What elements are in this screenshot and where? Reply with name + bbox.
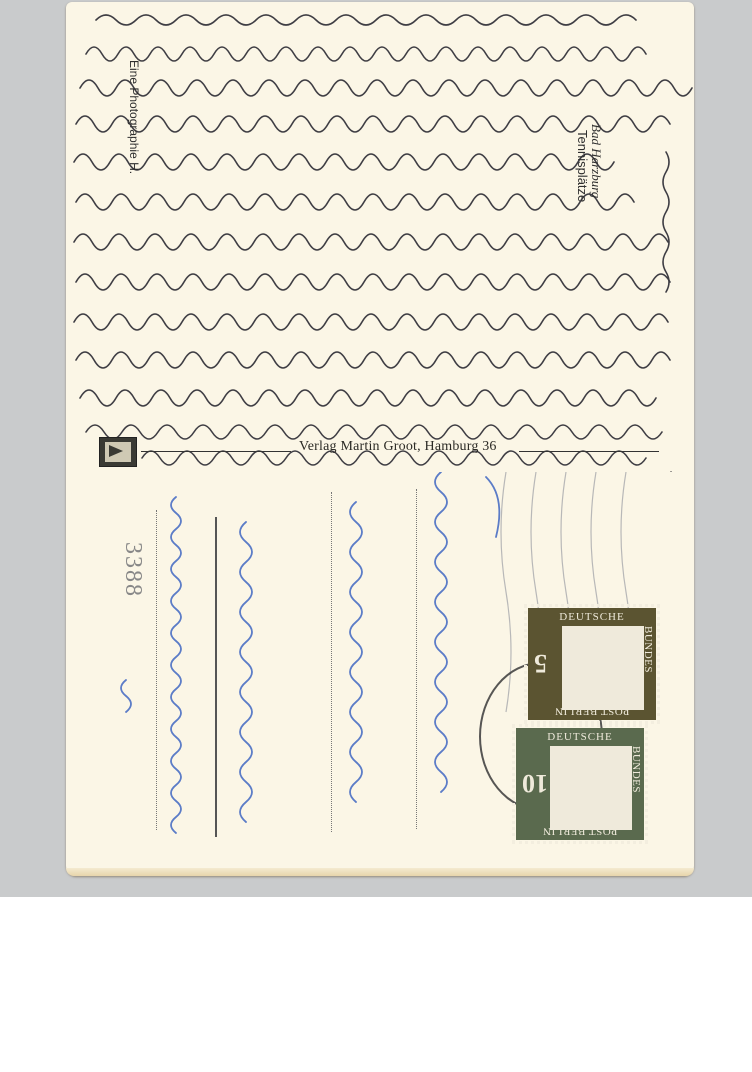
stamp-country: DEUTSCHE: [528, 611, 656, 623]
stamp-country-side: BUNDES: [630, 746, 642, 793]
postcard-back: Verlag Martin Groot, Hamburg 36 Eine Pho…: [66, 2, 694, 876]
handwritten-message: [66, 2, 694, 472]
stamp-issuer: POST BERLIN: [528, 705, 656, 717]
publisher-imprint: Verlag Martin Groot, Hamburg 36: [99, 435, 659, 465]
divider: [141, 451, 291, 452]
postage-stamp-5: DEUTSCHE BUNDES 5 POST BERLIN: [524, 604, 660, 724]
stamp-portrait: [562, 626, 644, 710]
caption-title: Bad Harzburg: [588, 124, 604, 198]
photo-credit: Eine Photographie H.: [127, 60, 141, 174]
stamp-country: DEUTSCHE: [516, 731, 644, 743]
postage-stamp-10: DEUTSCHE BUNDES 10 POST BERLIN: [512, 724, 648, 844]
stamp-portrait: [550, 746, 632, 830]
stamp-value: 10: [522, 768, 548, 798]
stamp-country-side: BUNDES: [642, 626, 654, 673]
stamp-issuer: POST BERLIN: [516, 825, 644, 837]
divider: [519, 451, 659, 452]
stamp-value: 5: [534, 648, 547, 678]
publisher-logo-icon: [99, 437, 137, 467]
publisher-text: Verlag Martin Groot, Hamburg 36: [299, 439, 497, 455]
caption-subtitle: Tennisplätze: [575, 130, 590, 202]
